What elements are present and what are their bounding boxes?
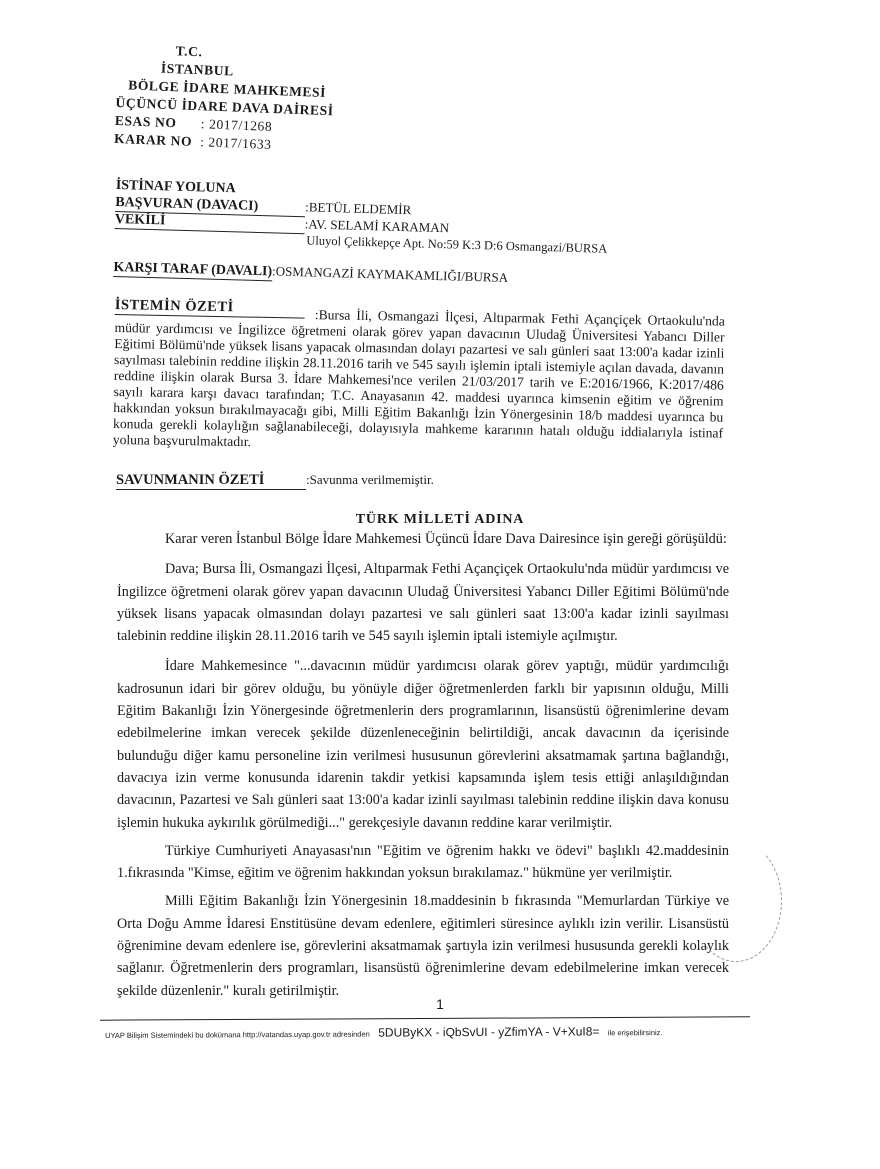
decision-paragraph: Türkiye Cumhuriyeti Anayasası'nın "Eğiti… bbox=[117, 840, 729, 885]
decision-paragraph: İdare Mahkemesince "...davacının müdür y… bbox=[117, 655, 729, 833]
defense-summary-section: SAVUNMANIN ÖZETİ:Savunma verilmemiştir. bbox=[116, 471, 434, 490]
footer-access-code: 5DUByKX - iQbSvUI - yZfimYA - V+XuI8= bbox=[378, 1024, 599, 1039]
respondent-label: KARŞI TARAF (DAVALI) bbox=[113, 260, 272, 281]
request-summary-text: :Bursa İli, Osmangazi İlçesi, Altıparmak… bbox=[113, 304, 725, 458]
respondent-value: :OSMANGAZİ KAYMAKAMLIĞI/BURSA bbox=[272, 263, 508, 285]
karar-value: : 2017/1633 bbox=[200, 134, 272, 152]
attorney-value: :AV. SELAMİ KARAMAN bbox=[305, 216, 450, 235]
esas-value: : 2017/1268 bbox=[201, 116, 273, 134]
attorney-label: VEKİLİ bbox=[115, 212, 305, 234]
stamp-mark bbox=[690, 840, 782, 962]
parties-section: İSTİNAF YOLUNA BAŞVURAN (DAVACI):BETÜL E… bbox=[116, 178, 676, 194]
decision-paragraph: Karar veren İstanbul Bölge İdare Mahkeme… bbox=[117, 528, 729, 550]
decision-paragraph: Dava; Bursa İli, Osmangazi İlçesi, Altıp… bbox=[117, 558, 729, 647]
defense-summary-label: SAVUNMANIN ÖZETİ bbox=[116, 472, 306, 490]
defense-summary-text: :Savunma verilmemiştir. bbox=[306, 472, 434, 487]
appellant-value: :BETÜL ELDEMİR bbox=[305, 199, 411, 217]
karar-label: KARAR NO bbox=[114, 130, 201, 151]
decision-title: TÜRK MİLLETİ ADINA bbox=[0, 512, 880, 528]
footer: UYAP Bilişim Sistemindeki bu dokümana ht… bbox=[105, 1022, 663, 1043]
decision-body: Karar veren İstanbul Bölge İdare Mahkeme… bbox=[117, 528, 729, 1002]
footer-prefix: UYAP Bilişim Sistemindeki bu dokümana ht… bbox=[105, 1030, 370, 1040]
document-page: T.C. İSTANBUL BÖLGE İDARE MAHKEMESİ ÜÇÜN… bbox=[0, 0, 880, 1169]
decision-paragraph: Milli Eğitim Bakanlığı İzin Yönergesinin… bbox=[117, 890, 729, 1001]
page-number: 1 bbox=[0, 996, 880, 1012]
court-header: T.C. İSTANBUL BÖLGE İDARE MAHKEMESİ ÜÇÜN… bbox=[114, 40, 336, 156]
footer-suffix: ile erişebilirsiniz. bbox=[608, 1028, 663, 1037]
attorney-address: Uluyol Çelikkepçe Apt. No:59 K:3 D:6 Osm… bbox=[306, 233, 607, 256]
footer-divider bbox=[100, 1016, 750, 1020]
